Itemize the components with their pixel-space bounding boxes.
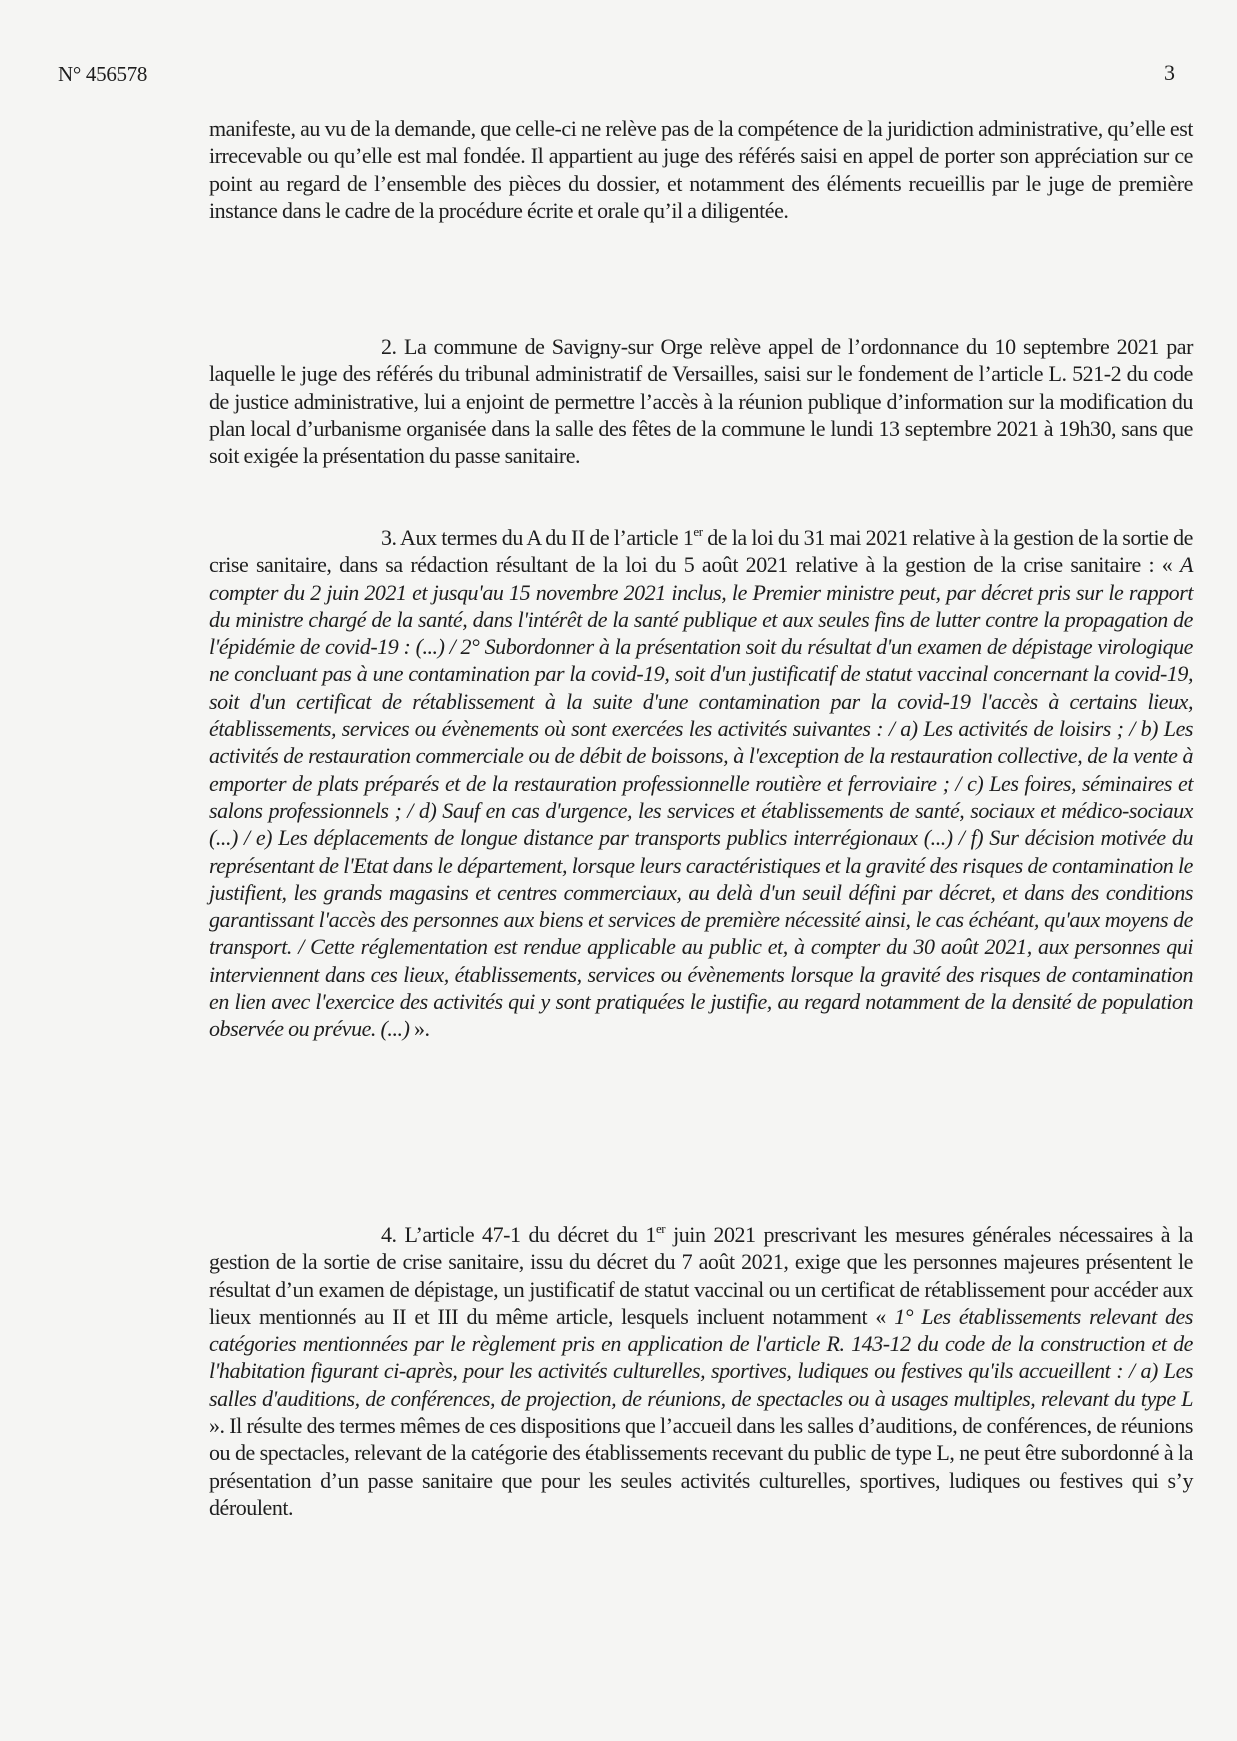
paragraph-text: 3. Aux termes du A du II de l’article 1e…	[209, 524, 1193, 1043]
intro-text: 4. L’article 47-1 du décret du 1	[381, 1222, 656, 1247]
quote-closing: ».	[409, 1016, 429, 1041]
quote-closing-and-conclusion: ». Il résulte des termes mêmes de ces di…	[209, 1413, 1193, 1520]
paragraph-text: 2. La commune de Savigny-sur Orge relève…	[209, 333, 1193, 469]
intro-text: 3. Aux termes du A du II de l’article 1	[381, 525, 693, 550]
paragraph-text: 4. L’article 47-1 du décret du 1er juin …	[209, 1221, 1193, 1521]
paragraph-text: manifeste, au vu de la demande, que cell…	[209, 115, 1193, 224]
paragraph-4: 4. L’article 47-1 du décret du 1er juin …	[209, 1221, 1193, 1521]
document-page: N° 456578 3 manifeste, au vu de la deman…	[0, 0, 1237, 1741]
page-number: 3	[1164, 60, 1175, 86]
superscript: er	[693, 524, 702, 539]
paragraph-3: 3. Aux termes du A du II de l’article 1e…	[209, 524, 1193, 1043]
case-number: N° 456578	[58, 62, 147, 87]
legal-quote: A compter du 2 juin 2021 et jusqu'au 15 …	[209, 552, 1193, 1041]
superscript: er	[656, 1221, 665, 1236]
paragraph-1-continuation: manifeste, au vu de la demande, que cell…	[209, 115, 1193, 224]
paragraph-2: 2. La commune de Savigny-sur Orge relève…	[209, 333, 1193, 469]
